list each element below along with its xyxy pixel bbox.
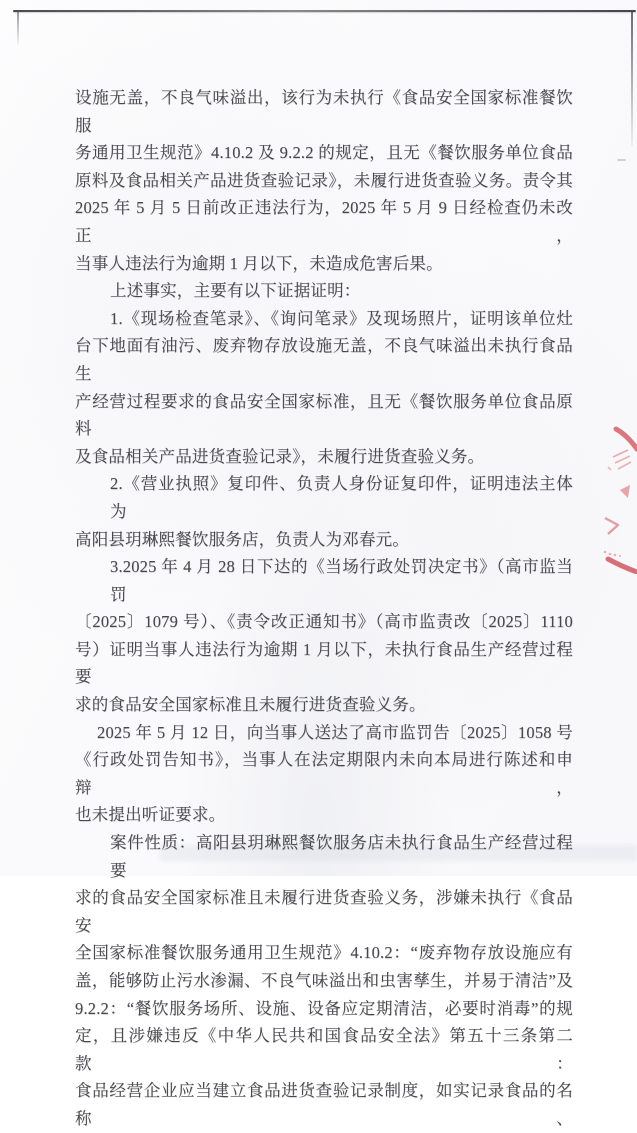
document-line: 案件性质：高阳县玥琳熙餐饮服务店未执行食品生产经营过程要	[75, 829, 573, 876]
document-line: 务通用卫生规范》4.10.2 及 9.2.2 的规定，且无《餐饮服务单位食品	[75, 139, 573, 167]
document-line: 台下地面有油污、废弃物存放设施无盖，不良气味溢出未执行食品生	[75, 332, 573, 387]
document-line: 当事人违法行为逾期 1 月以下，未造成危害后果。	[75, 250, 573, 278]
scan-left-edge-shadow	[17, 11, 19, 45]
document-line: 2.《营业执照》复印件、负责人身份证复印件，证明违法主体为	[75, 470, 573, 525]
document-line: 高阳县玥琳熙餐饮服务店，负责人为邓春元。	[75, 526, 573, 554]
scan-right-edge-shadow	[631, 11, 633, 146]
document-line: 上述事实，主要有以下证据证明：	[75, 277, 573, 305]
scanned-page: 设施无盖，不良气味溢出，该行为未执行《食品安全国家标准餐饮服务通用卫生规范》4.…	[0, 0, 637, 876]
document-line: 〔2025〕1079 号）、《责令改正通知书》（高市监责改〔2025〕1110	[75, 608, 573, 636]
scan-top-edge-shadow	[13, 10, 636, 12]
document-line: 设施无盖，不良气味溢出，该行为未执行《食品安全国家标准餐饮服	[75, 84, 573, 139]
document-line: 2025 年 5 月 12 日，向当事人送达了高市监罚告〔2025〕1058 号	[75, 719, 573, 747]
document-line: 3.2025 年 4 月 28 日下达的《当场行政处罚决定书》（高市监当罚	[75, 553, 573, 608]
document-line: 及食品相关产品进货查验记录》，未履行进货查验义务。	[75, 443, 573, 471]
scan-speck	[617, 159, 626, 161]
document-line: 1.《现场检查笔录》、《询问笔录》及现场照片，证明该单位灶	[75, 305, 573, 333]
document-line: 号）证明当事人违法行为逾期 1 月以下，未执行食品生产经营过程要	[75, 636, 573, 691]
official-seal-partial-stamp	[597, 424, 637, 574]
document-text: 设施无盖，不良气味溢出，该行为未执行《食品安全国家标准餐饮服务通用卫生规范》4.…	[75, 84, 573, 876]
document-line: 2025 年 5 月 5 日前改正违法行为，2025 年 5 月 9 日经检查仍…	[75, 194, 573, 249]
document-line: 产经营过程要求的食品安全国家标准，且无《餐饮服务单位食品原料	[75, 388, 573, 443]
document-line: 原料及食品相关产品进货查验记录》，未履行进货查验义务。责令其	[75, 167, 573, 195]
document-line: 也未提出听证要求。	[75, 801, 573, 829]
document-line: 《行政处罚告知书》，当事人在法定期限内未向本局进行陈述和申辩，	[75, 746, 573, 801]
document-line: 求的食品安全国家标准且未履行进货查验义务。	[75, 691, 573, 719]
